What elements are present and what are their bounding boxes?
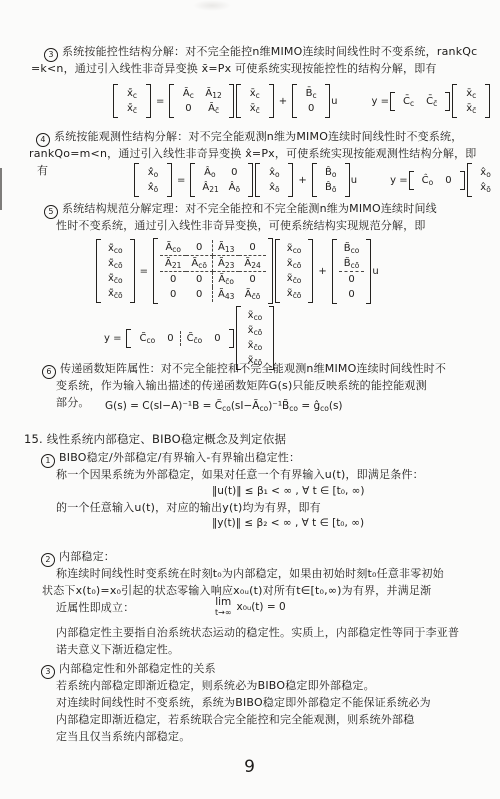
internal-stability-line5: 诺夫意义下渐近稳定性。	[56, 643, 179, 657]
item6-line2: 变系统，作为输入输出描述的传递函数矩阵G(s)只能反映系统的能控能观测	[56, 379, 427, 393]
scan-edge-artifact	[0, 168, 2, 210]
input-u: u	[331, 96, 337, 107]
matrix-cell: 0	[186, 240, 213, 256]
matrix-cell: ẋ̄c	[120, 86, 144, 101]
matrix-cell: 0	[160, 287, 186, 302]
matrix-cell: 0	[339, 272, 365, 287]
matrix-A-tilde: Ãco 0 Ã13 0 Ã21 Ãcō Ã23 Ã24 0 0 Ãc̄o 0 …	[152, 238, 274, 304]
input-u: u	[351, 175, 357, 186]
matrix-cell: Ã13	[213, 240, 239, 256]
relation-line4: 定当且仅当系统内部稳定。	[56, 730, 190, 744]
matrix-A-bar: Āc Ā12 0 Āc̄	[168, 84, 234, 118]
vector-xdot-o: ẋ̂o ẋ̂ō	[133, 163, 173, 197]
scan-smudge	[193, 0, 231, 11]
matrix-cell: x̂o	[262, 165, 286, 180]
matrix-cell: Ā12	[200, 86, 226, 101]
matrix-cell: Ã43	[213, 287, 239, 302]
vector-xdot-c: ẋ̄c ẋ̄c̄	[112, 84, 152, 118]
matrix-cell: Ã23	[213, 256, 239, 272]
internal-stability-title-text: 内部稳定：	[59, 550, 115, 563]
output-y: y =	[390, 175, 407, 186]
item3-line1: 3系统按能控性结构分解：对不完全能控n维MIMO连续时间线性时不变系统，rank…	[44, 45, 477, 62]
matrix-cell: C̄c̄	[420, 94, 443, 109]
matrix-cell: Āc	[176, 86, 200, 101]
lim-subscript: t→∞	[215, 609, 232, 617]
internal-stability-line3: 近属性即成立：	[56, 601, 134, 615]
rowvector-C-bar: C̄c C̄c̄	[389, 92, 451, 111]
matrix-cell: B̄c	[299, 86, 323, 101]
item5-text1: 系统结构规范分解定理：对不完全能控和不完全能测n维为MIMO连续时间线	[62, 202, 437, 215]
matrix-cell: 0	[339, 287, 365, 302]
lim-expression: x₀ᵤ(t) = 0	[237, 601, 286, 613]
item5-line1: 5系统结构规范分解定理：对不完全能控和不完全能测n维为MIMO连续时间线	[44, 202, 437, 219]
matrix-cell: ẋ̃co	[103, 241, 128, 256]
matrix-cell: ẋ̃c̄ō	[103, 286, 128, 301]
input-u: u	[372, 266, 378, 277]
matrix-cell: x̃c̄ō	[282, 286, 307, 301]
matrix-cell: x̂ō	[474, 180, 498, 195]
bounded-output-formula: ‖y(t)‖ ≤ β₂ < ∞ , ∀ t ∈ [t₀, ∞)	[212, 517, 364, 529]
bibo-line2: 的一个任意输入u(t)，对应的输出y(t)均为有界，即有	[56, 501, 321, 515]
matrix-cell: 0	[186, 272, 213, 287]
equation-canonical-output: y = C̃co 0 C̃c̄o 0 x̃co x̃cō x̃c̄o x̃c̄…	[104, 306, 275, 370]
item5-line2: 性时不变系统，通过引入线性非奇异变换，可使系统结构实现规范分解，即	[56, 219, 426, 233]
matrix-cell: B̃cō	[339, 256, 365, 272]
matrix-cell: x̄c	[243, 86, 267, 101]
matrix-cell: 0	[176, 101, 200, 116]
vector-B-tilde: B̃co B̃cō 0 0	[331, 239, 373, 304]
circled-number-3b: 3	[41, 665, 55, 679]
plus-sign: +	[298, 175, 306, 186]
vector-x-tilde: x̃co x̃cō x̃c̄o x̃c̄ō	[274, 239, 315, 303]
circled-number-6: 6	[42, 365, 56, 379]
matrix-cell: Ãc̄o	[213, 272, 239, 287]
circled-number-1: 1	[41, 454, 55, 468]
matrix-cell: B̂o	[319, 165, 343, 180]
scanned-note-page: { "page": { "number": "9" }, "ops": { "e…	[0, 0, 500, 799]
circled-number-3: 3	[44, 48, 58, 62]
matrix-cell: x̃cō	[282, 256, 307, 271]
matrix-cell: x̃cō	[243, 323, 268, 338]
vector-x-bar: x̄c x̄c̄	[235, 84, 275, 118]
bibo-item-title: 1BIBO稳定/外部稳定/有界输入-有界输出稳定性：	[41, 451, 300, 468]
equals-sign: =	[140, 266, 148, 277]
lim-text: lim	[215, 597, 231, 608]
circled-number-5: 5	[44, 205, 58, 219]
matrix-cell: 0	[239, 240, 265, 256]
matrix-cell: x̂o	[474, 165, 498, 180]
matrix-cell: ẋ̂ō	[141, 180, 165, 195]
matrix-cell: 0	[186, 287, 213, 302]
internal-stability-line2: 状态下x(t₀)=x₀引起的状态零输入响应x₀ᵤ(t)对所有t∈[t₀,∞)为有…	[42, 584, 431, 598]
vector-x-hat2: x̂o x̂ō	[466, 163, 500, 197]
matrix-cell: 0	[439, 173, 457, 188]
item4-text1: 系统按能观测性结构分解：对不完全能观测n维为MIMO连续时间线性时不变系统，	[54, 130, 462, 143]
bounded-input-formula: ‖u(t)‖ ≤ β₁ < ∞ , ∀ t ∈ [t₀, ∞)	[212, 485, 364, 497]
output-y: y =	[372, 96, 389, 107]
item6-text1: 传递函数矩阵属性：对不完全能控和不完全能观测n维MIMO连续时间线性时不	[60, 362, 446, 375]
matrix-cell: B̃co	[339, 241, 365, 256]
page-number: 9	[0, 757, 500, 777]
matrix-cell: 0	[160, 272, 186, 287]
matrix-cell: x̃c̄o	[243, 338, 268, 353]
item4-line3: 有	[37, 164, 48, 178]
internal-stability-line1: 称连续时间线性时变系统在时刻t₀为内部稳定，如果由初始时刻t₀任意非零初始	[56, 567, 444, 581]
internal-stability-title: 2内部稳定：	[41, 550, 115, 567]
matrix-cell: 0	[208, 331, 226, 346]
equation-observability-decomposition: ẋ̂o ẋ̂ō = Âo 0 Â21 Âō x̂o x̂ō + B̂o B…	[133, 163, 500, 197]
matrix-cell: x̄c	[459, 86, 483, 101]
matrix-cell: x̃co	[243, 308, 268, 323]
relation-title-text: 内部稳定性和外部稳定性的关系	[59, 662, 216, 675]
relation-line3: 内部稳定即渐近稳定，若系统联合完全能控和完全能观测，则系统外部稳	[56, 713, 414, 727]
plus-sign: +	[318, 266, 326, 277]
matrix-cell: Âō	[222, 180, 246, 195]
item4-line1: 4系统按能观测性结构分解：对不完全能观测n维为MIMO连续时间线性时不变系统，	[36, 130, 462, 147]
matrix-cell: Ã24	[239, 256, 265, 272]
circled-number-4: 4	[36, 133, 50, 147]
limit-formula: limt→∞x₀ᵤ(t) = 0	[215, 597, 286, 617]
matrix-cell: x̄c̄	[459, 101, 483, 116]
equation-controllability-decomposition: ẋ̄c ẋ̄c̄ = Āc Ā12 0 Āc̄ x̄c x̄c̄ + B̄c 0…	[112, 84, 491, 118]
rowvector-C-tilde: C̃co 0 C̃c̄o 0	[125, 329, 234, 348]
matrix-cell: C̄c	[397, 94, 420, 109]
limit-operator: limt→∞	[215, 597, 232, 617]
matrix-cell: 0	[299, 101, 323, 116]
vector-x-tilde2: x̃co x̃cō x̃c̄o x̃c̄ō	[235, 306, 276, 370]
matrix-cell: x̃c̄o	[282, 271, 307, 286]
output-y: y =	[104, 333, 121, 344]
equation-canonical-decomposition: ẋ̃co ẋ̃cō ẋ̃c̄o ẋ̃c̄ō = Ãco 0 Ã13 0 Ã2…	[95, 238, 379, 304]
circled-number-2: 2	[41, 553, 55, 567]
section-15-title: 15. 线性系统内部稳定、BIBO稳定概念及判定依据	[24, 432, 286, 446]
matrix-cell: x̂ō	[262, 180, 286, 195]
plus-sign: +	[279, 96, 287, 107]
rowvector-C-hat: Ĉo 0	[408, 171, 466, 190]
matrix-cell: B̂ō	[319, 180, 343, 195]
matrix-cell: Ã21	[160, 256, 186, 272]
matrix-cell: x̃co	[282, 241, 307, 256]
relation-title: 3内部稳定性和外部稳定性的关系	[41, 662, 216, 679]
matrix-cell: Āc̄	[200, 101, 226, 116]
matrix-cell: C̃c̄o	[181, 331, 209, 346]
vector-xdot-tilde: ẋ̃co ẋ̃cō ẋ̃c̄o ẋ̃c̄ō	[95, 239, 136, 303]
item4-line2: rankQo=m<n，通过引入线性非奇异变换 x̂=Px，可使系统实现按能观测性…	[29, 147, 476, 161]
relation-line2: 对连续时间线性时不变系统，系统为BIBO稳定即外部稳定不能保证系统必为	[56, 696, 431, 710]
vector-x-bar2: x̄c x̄c̄	[451, 84, 491, 118]
internal-stability-line4: 内部稳定性主要指自治系统状态运动的稳定性。实质上，内部稳定性等同于李亚普	[56, 626, 459, 640]
item6-line3: 部分。	[56, 396, 90, 410]
matrix-cell: 0	[161, 331, 180, 346]
matrix-cell: Ãco	[160, 240, 186, 256]
matrix-cell: Âo	[197, 165, 222, 180]
matrix-cell: Ãc̄ō	[239, 287, 265, 302]
vector-B-hat: B̂o B̂ō	[311, 163, 351, 197]
vector-x-hat: x̂o x̂ō	[254, 163, 294, 197]
item3-line2: =k<n，通过引入线性非奇异变换 x̄=Px 可使系统实现按能控性的结构分解，即…	[31, 62, 437, 76]
equals-sign: =	[177, 175, 185, 186]
matrix-cell: ẋ̂o	[141, 165, 165, 180]
matrix-A-hat: Âo 0 Â21 Âō	[189, 163, 254, 197]
matrix-cell: Ãcō	[186, 256, 213, 272]
matrix-cell: x̄c̄	[243, 101, 267, 116]
matrix-cell: 0	[222, 165, 246, 180]
matrix-cell: Â21	[197, 180, 222, 195]
matrix-cell: ẋ̃cō	[103, 256, 128, 271]
matrix-cell: 0	[239, 272, 265, 287]
matrix-cell: ẋ̄c̄	[120, 101, 144, 116]
item3-text1: 系统按能控性结构分解：对不完全能控n维MIMO连续时间线性时不变系统，rankQ…	[62, 45, 477, 58]
vector-B-bar: B̄c 0	[291, 84, 331, 118]
matrix-cell: Ĉo	[416, 173, 440, 188]
matrix-cell: C̃co	[133, 331, 161, 346]
item6-line1: 6传递函数矩阵属性：对不完全能控和不完全能观测n维MIMO连续时间线性时不	[42, 362, 446, 379]
transfer-function-formula: G(s) = C(sI−A)⁻¹B = C̃co(sI−Ãco)⁻¹B̃co =…	[105, 400, 343, 412]
matrix-cell: ẋ̃c̄o	[103, 271, 128, 286]
bibo-line1: 称一个因果系统为外部稳定，如果对任意一个有界输入u(t)，即满足条件：	[56, 468, 424, 482]
relation-line1: 若系统内部稳定即渐近稳定，则系统必为BIBO稳定即外部稳定。	[56, 679, 375, 693]
bibo-title-text: BIBO稳定/外部稳定/有界输入-有界输出稳定性：	[59, 451, 300, 464]
equals-sign: =	[156, 96, 164, 107]
